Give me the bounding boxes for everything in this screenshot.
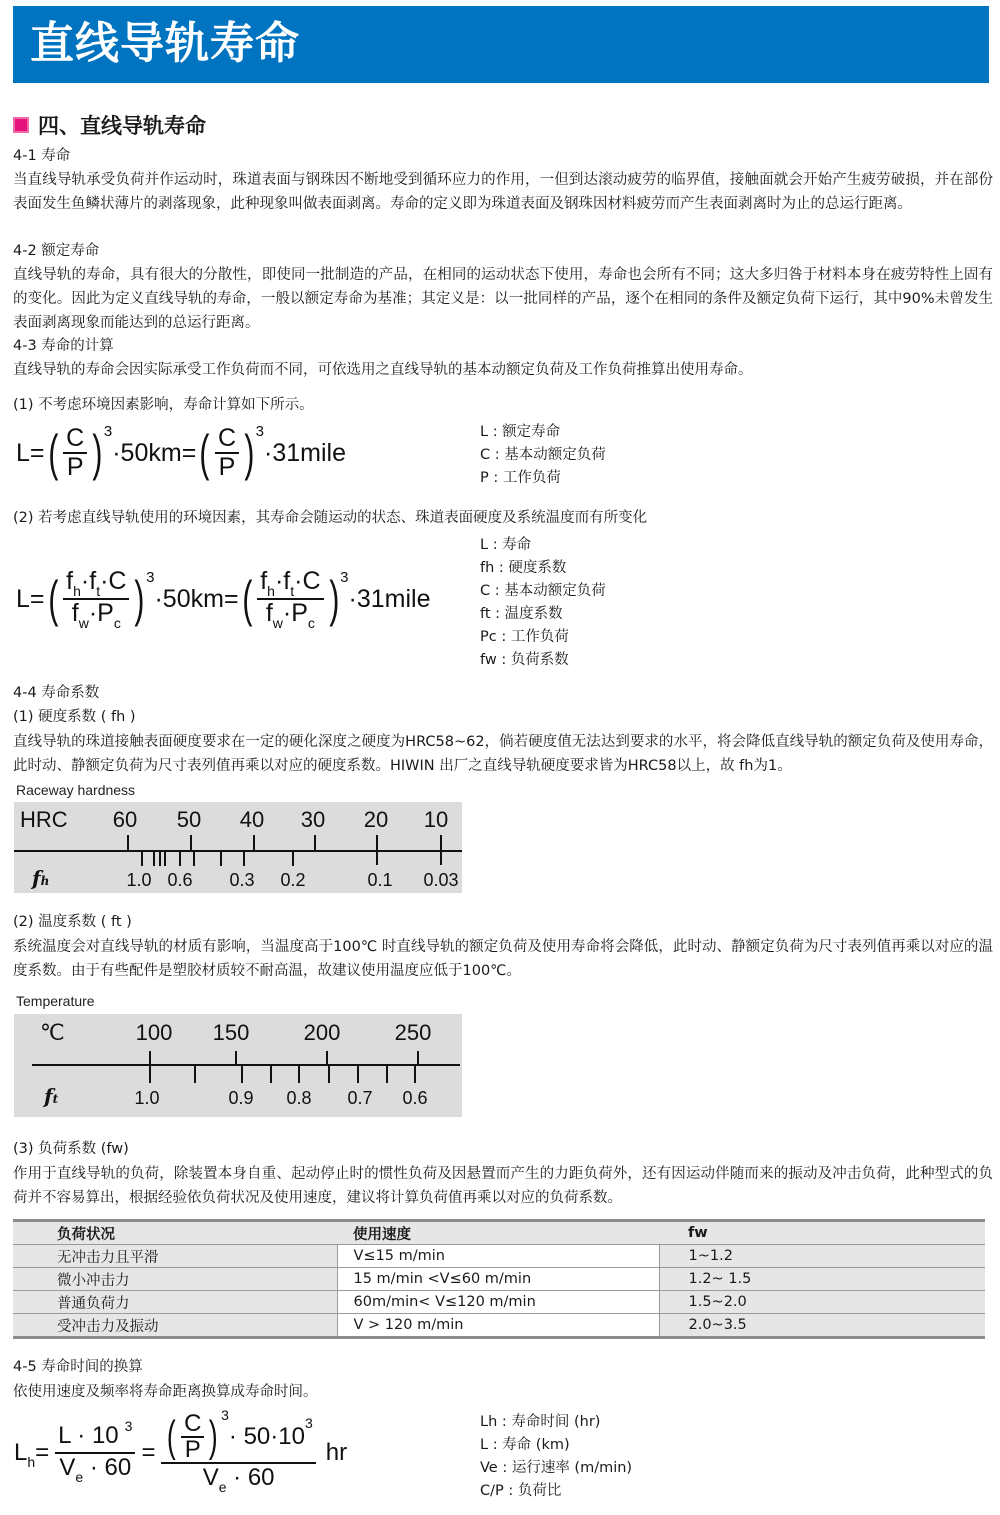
fraction-cp-ve: ( CP ) 3 · 50·10 3 Ve · 60 (161, 1412, 315, 1494)
hrc-label: 40 (240, 807, 264, 833)
symbol-f: f (32, 866, 41, 890)
tick (194, 1065, 196, 1083)
numerator: fh·ft·C (257, 568, 323, 600)
hrc-label: 50 (177, 807, 201, 833)
square-bullet-icon (13, 117, 29, 133)
table-cell: 1~1.2 (659, 1245, 985, 1268)
unit-hr: hr (326, 1439, 347, 1467)
tick (243, 851, 245, 866)
formula-lhs: L= (16, 585, 45, 614)
tick (164, 851, 166, 866)
heading-4-4: 4-4 寿命系数 (13, 681, 99, 705)
legend-item: L : 额定寿命 (480, 421, 606, 444)
table-row: 受冲击力及振动 V > 120 m/min 2.0~3.5 (13, 1314, 985, 1338)
fh-label: 0.1 (367, 870, 392, 891)
legend-item: C : 基本动额定负荷 (480, 580, 606, 603)
tick (417, 1051, 419, 1065)
load-heading: (3) 负荷系数 (fw) (13, 1137, 129, 1161)
ft-label: 0.6 (402, 1088, 427, 1109)
legend-formula-3: Lh : 寿命时间 (hr) L : 寿命 (km) Ve : 运行速率 (m/… (480, 1411, 632, 1503)
ft-label: 1.0 (134, 1088, 159, 1109)
left-paren: ( (48, 428, 58, 478)
temp-label: 150 (213, 1020, 250, 1046)
fh-label: 0.2 (280, 870, 305, 891)
formula-km: ·50km= (154, 585, 238, 614)
temp-label: 200 (304, 1020, 341, 1046)
fh-label: 0.6 (167, 870, 192, 891)
left-paren: ( (200, 428, 210, 478)
page-title: 直线导轨寿命 (30, 14, 300, 74)
heading-4-3: 4-3 寿命的计算 (13, 334, 114, 358)
tick (149, 1051, 151, 1065)
column-header: 使用速度 (337, 1221, 659, 1245)
hrc-label: 30 (301, 807, 325, 833)
section-heading: 四、直线导轨寿命 (13, 110, 206, 140)
column-header: 负荷状况 (13, 1221, 337, 1245)
load-factor-table: 负荷状况 使用速度 fw 无冲击力且平滑 V≤15 m/min 1~1.2 微小… (13, 1219, 985, 1339)
right-paren: ) (135, 574, 145, 624)
tick (440, 835, 442, 865)
tick (241, 1065, 243, 1083)
tick (314, 835, 316, 851)
fraction-c-p: C P (215, 425, 239, 481)
hrc-label: 60 (113, 807, 137, 833)
table-cell: 微小冲击力 (13, 1268, 337, 1291)
tick (357, 1065, 359, 1083)
table-row: 无冲击力且平滑 V≤15 m/min 1~1.2 (13, 1245, 985, 1268)
ft-label: 0.9 (228, 1088, 253, 1109)
tick (235, 1051, 237, 1065)
formula-km: ·50km= (112, 439, 196, 468)
heading-4-1: 4-1 寿命 (13, 144, 70, 168)
tick (153, 851, 155, 866)
ft-symbol: ft (44, 1084, 58, 1108)
case2-label: (2) 若考虑直线导轨使用的环境因素，其寿命会随运动的状态、珠道表面硬度及系统温… (13, 506, 647, 530)
temperature-paragraph: 系统温度会对直线导轨的材质有影响，当温度高于100℃ 时直线导轨的额定负荷及使用… (13, 935, 993, 983)
legend-item: fw : 负荷系数 (480, 649, 606, 672)
paragraph-4-3: 直线导轨的寿命会因实际承受工作负荷而不同，可依选用之直线导轨的基本动额定负荷及工… (13, 358, 753, 382)
exponent: 3 (146, 569, 154, 586)
scale-axis (32, 1064, 460, 1066)
numerator: ( CP ) 3 · 50·10 3 (161, 1412, 315, 1464)
column-header: fw (659, 1221, 985, 1245)
table-cell: 15 m/min <V≤60 m/min (337, 1268, 659, 1291)
tick (149, 1065, 151, 1083)
fh-label: 1.0 (126, 870, 151, 891)
right-paren: ) (93, 428, 103, 478)
table-cell: 无冲击力且平滑 (13, 1245, 337, 1268)
table-header-row: 负荷状况 使用速度 fw (13, 1221, 985, 1245)
denominator: fw·Pc (69, 600, 124, 630)
case1-label: (1) 不考虑环境因素影响，寿命计算如下所示。 (13, 393, 314, 417)
legend-item: P : 工作负荷 (480, 467, 606, 490)
table-cell: 1.2~ 1.5 (659, 1268, 985, 1291)
tick (270, 1065, 272, 1083)
formula-basic-life: L= ( C P ) 3 ·50km= ( C P ) 3 ·31mile (16, 425, 346, 481)
table-cell: 1.5~2.0 (659, 1291, 985, 1314)
hrc-label: 20 (364, 807, 388, 833)
exponent: 3 (104, 423, 112, 440)
table-cell: 受冲击力及振动 (13, 1314, 337, 1338)
fraction-c-p: CP (181, 1412, 204, 1462)
denominator: fw·Pc (263, 600, 318, 630)
table-cell: 普通负荷力 (13, 1291, 337, 1314)
fh-label: 0.03 (423, 870, 458, 891)
left-paren: ( (167, 1412, 176, 1462)
tick (127, 835, 129, 851)
hardness-scale: HRC 60 50 40 30 20 10 fh 1.0 0.6 0.3 0.2… (14, 802, 462, 893)
legend-item: L : 寿命 (km) (480, 1434, 632, 1457)
formula-lhs: L= (16, 439, 45, 468)
tick (141, 851, 143, 866)
tick (292, 851, 294, 866)
tick (414, 1065, 416, 1083)
symbol-f: f (44, 1084, 53, 1108)
formula-mile: ·31mile (264, 439, 346, 468)
equals-sign: = (35, 1439, 49, 1467)
symbol-sub: h (41, 874, 50, 888)
formula-mile: ·31mile (349, 585, 431, 614)
table-cell: V≤15 m/min (337, 1245, 659, 1268)
tick (220, 851, 222, 866)
legend-item: fh : 硬度系数 (480, 557, 606, 580)
temp-label: 250 (395, 1020, 432, 1046)
formula-adjusted-life: L= ( fh·ft·C fw·Pc ) 3 ·50km= ( fh·ft·C … (16, 568, 431, 630)
symbol-sub: t (53, 1092, 59, 1106)
legend-item: Pc : 工作负荷 (480, 626, 606, 649)
temp-label: 100 (136, 1020, 173, 1046)
tick (159, 851, 161, 866)
fraction-c-p: C P (63, 425, 87, 481)
tick (376, 835, 378, 865)
fraction-factors: fh·ft·C fw·Pc (63, 568, 129, 630)
ft-label: 0.8 (286, 1088, 311, 1109)
legend-item: L : 寿命 (480, 534, 606, 557)
tick (179, 851, 181, 866)
denominator: Ve · 60 (56, 1454, 134, 1484)
right-paren: ) (209, 1412, 218, 1462)
title-banner: 直线导轨寿命 (13, 6, 989, 83)
exponent: 3 (340, 569, 348, 586)
tick (190, 835, 192, 851)
left-paren: ( (48, 574, 58, 624)
numerator: fh·ft·C (63, 568, 129, 600)
fh-label: 0.3 (229, 870, 254, 891)
formula-lhs: Lh (14, 1439, 35, 1467)
paragraph-4-2: 直线导轨的寿命，具有很大的分散性，即使同一批制造的产品，在相同的运动状态下使用，… (13, 263, 993, 335)
temperature-scale: ℃ 100 150 200 250 ft 1.0 0.9 0.8 0.7 0.6 (14, 1014, 462, 1117)
scale-axis (14, 850, 462, 852)
tick (253, 835, 255, 851)
legend-item: C/P : 负荷比 (480, 1480, 632, 1503)
table-row: 普通负荷力 60m/min< V≤120 m/min 1.5~2.0 (13, 1291, 985, 1314)
numerator: L · 103 (55, 1422, 135, 1454)
tick (386, 1065, 388, 1083)
left-paren: ( (242, 574, 252, 624)
legend-item: ft : 温度系数 (480, 603, 606, 626)
paragraph-4-1: 当直线导轨承受负荷并作运动时，珠道表面与钢珠因不断地受到循环应力的作用，一但到达… (13, 168, 993, 216)
fh-symbol: fh (32, 866, 49, 890)
temperature-heading: (2) 温度系数 ( ft ) (13, 910, 132, 934)
fraction-factors: fh·ft·C fw·Pc (257, 568, 323, 630)
legend-item: Ve : 运行速率 (m/min) (480, 1457, 632, 1480)
right-paren: ) (244, 428, 254, 478)
hardness-paragraph: 直线导轨的珠道接触表面硬度要求在一定的硬化深度之硬度为HRC58~62，倘若硬度… (13, 730, 993, 778)
hrc-unit-label: HRC (20, 807, 68, 833)
heading-4-2: 4-2 额定寿命 (13, 239, 99, 263)
right-paren: ) (329, 574, 339, 624)
heading-4-5: 4-5 寿命时间的换算 (13, 1355, 143, 1379)
formula-life-time: Lh = L · 103 Ve · 60 = ( CP ) 3 · 50·10 … (14, 1412, 347, 1494)
load-paragraph: 作用于直线导轨的负荷，除装置本身自重、起动停止时的惯性负荷及因悬置而产生的力距负… (13, 1162, 993, 1210)
tick (193, 851, 195, 866)
paragraph-4-5: 依使用速度及频率将寿命距离换算成寿命时间。 (13, 1380, 318, 1404)
celsius-unit-label: ℃ (40, 1020, 65, 1046)
section-title: 四、直线导轨寿命 (38, 110, 206, 140)
denominator: Ve · 60 (200, 1464, 278, 1494)
fraction-l-ve: L · 103 Ve · 60 (55, 1422, 135, 1484)
legend-formula-2: L : 寿命 fh : 硬度系数 C : 基本动额定负荷 ft : 温度系数 P… (480, 534, 606, 672)
legend-item: C : 基本动额定负荷 (480, 444, 606, 467)
hardness-scale-title: Raceway hardness (16, 782, 135, 798)
equals-sign: = (141, 1439, 155, 1467)
hardness-heading: (1) 硬度系数 ( fh ) (13, 705, 136, 729)
legend-item: Lh : 寿命时间 (hr) (480, 1411, 632, 1434)
exponent: 3 (256, 423, 264, 440)
hrc-label: 10 (424, 807, 448, 833)
legend-formula-1: L : 额定寿命 C : 基本动额定负荷 P : 工作负荷 (480, 421, 606, 490)
table-row: 微小冲击力 15 m/min <V≤60 m/min 1.2~ 1.5 (13, 1268, 985, 1291)
temperature-scale-title: Temperature (16, 993, 95, 1009)
tick (328, 1065, 330, 1083)
tick (298, 1065, 300, 1083)
ft-label: 0.7 (347, 1088, 372, 1109)
table-cell: V > 120 m/min (337, 1314, 659, 1338)
table-cell: 2.0~3.5 (659, 1314, 985, 1338)
tick (326, 1051, 328, 1065)
table-cell: 60m/min< V≤120 m/min (337, 1291, 659, 1314)
